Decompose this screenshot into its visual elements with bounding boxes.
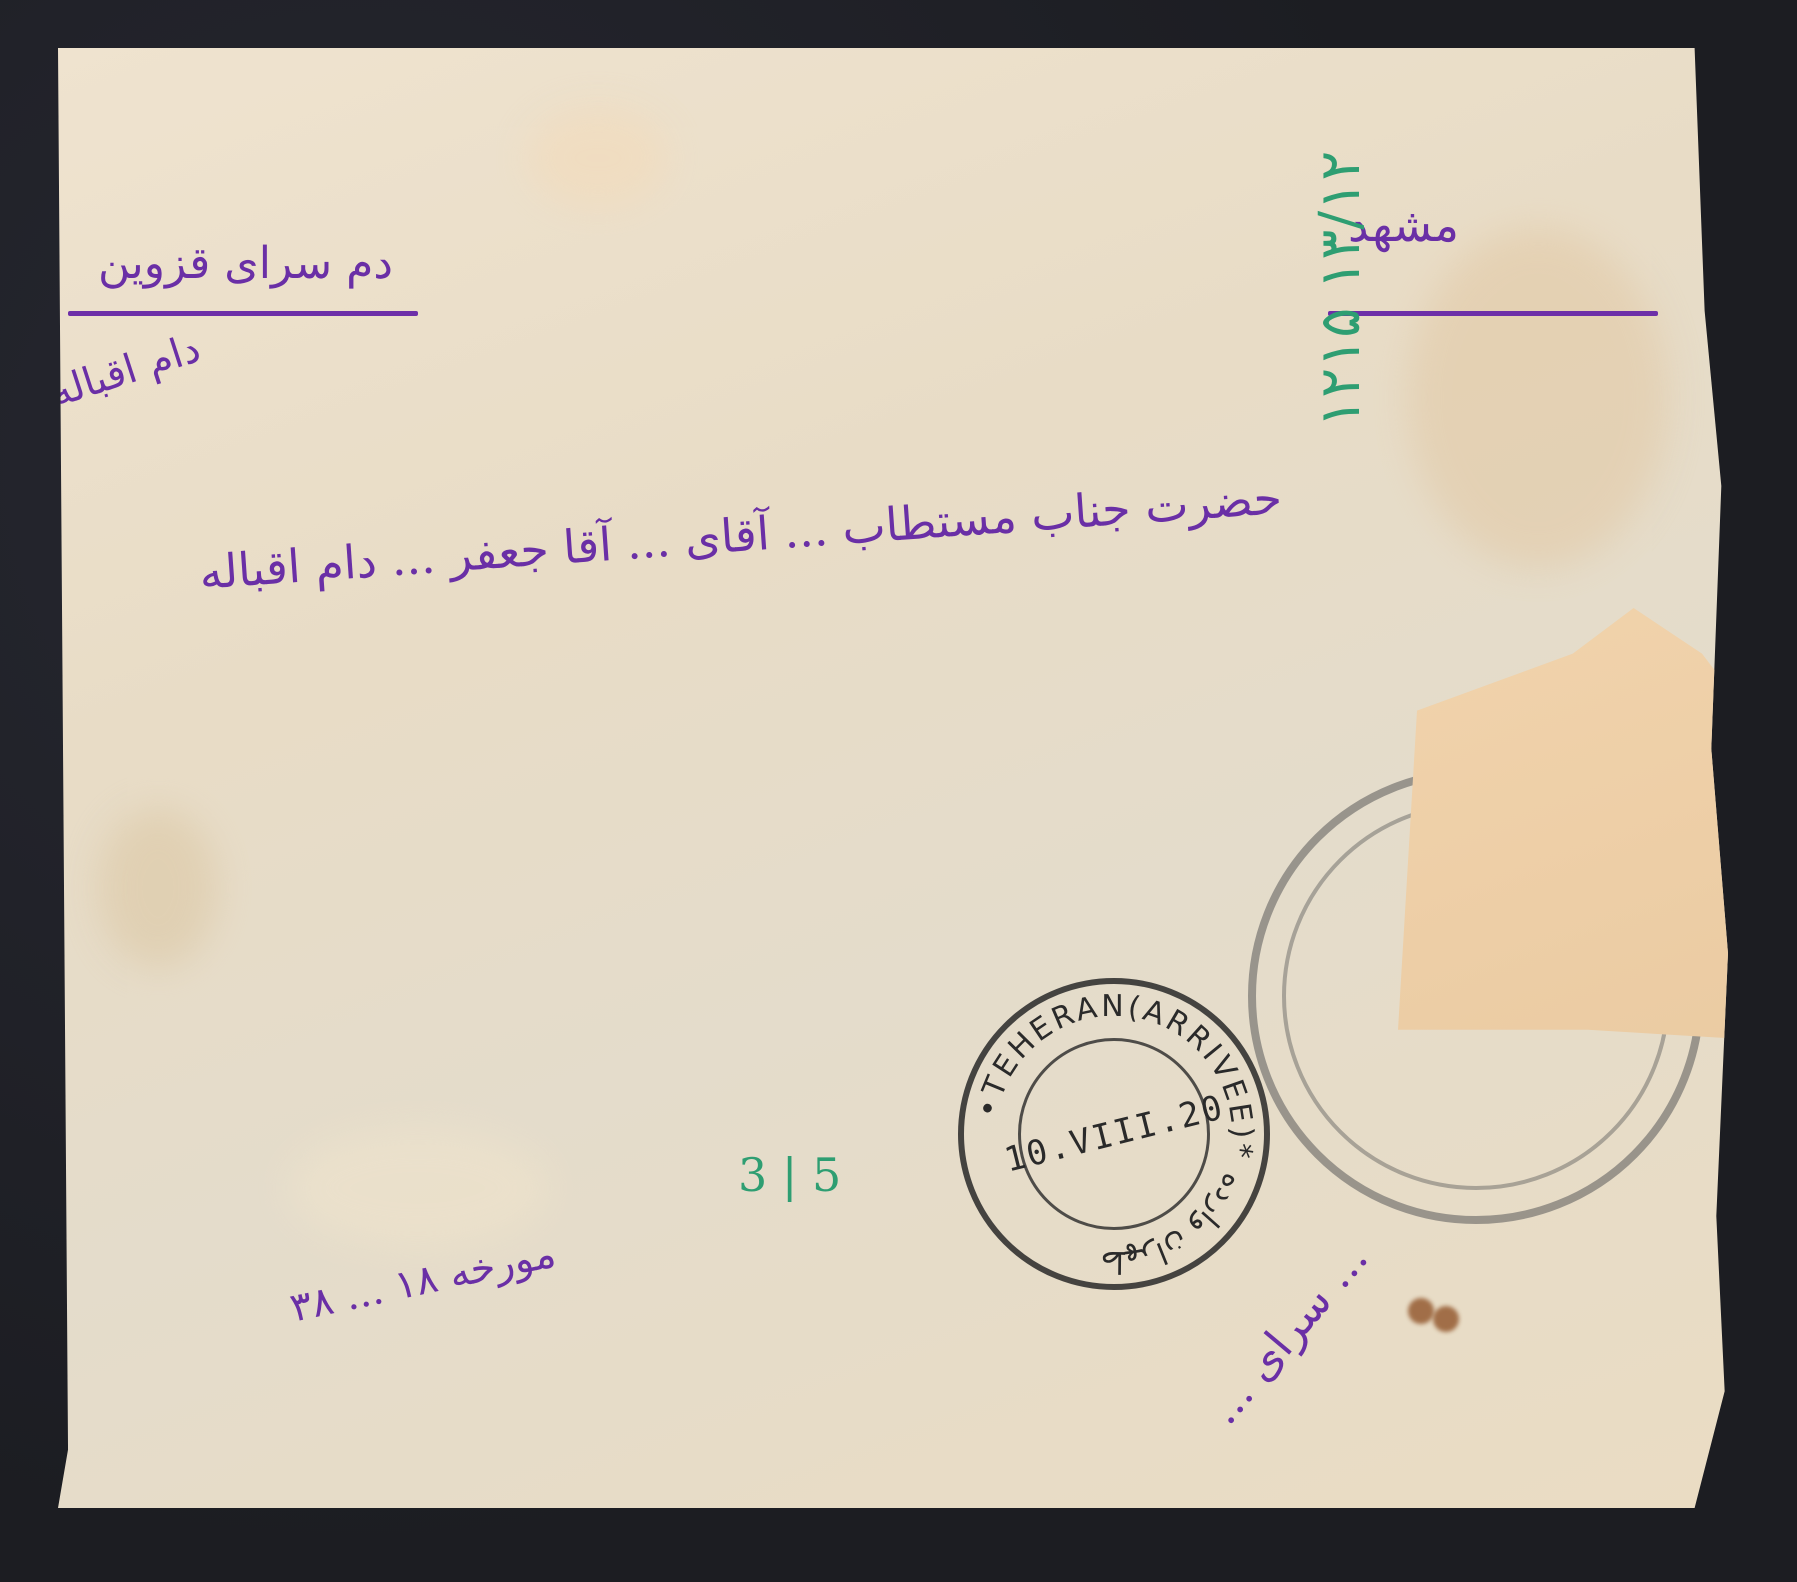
margin-handwriting: دام اقباله	[45, 325, 206, 417]
address-handwriting: حضرت جناب مستطاب ... آقای ... آقا جعفر .…	[197, 470, 1283, 600]
teheran-postmark: •TEHERAN(ARRIVEE)* طهران وارده 10.VIII.2…	[958, 978, 1270, 1290]
green-registry-mark: 3 | 5	[738, 1148, 841, 1202]
paper-stain	[288, 1128, 548, 1248]
ink-blot	[1408, 1298, 1434, 1324]
envelope: دم سرای قزوین مشهد ۱۳/۱۲ ۱۲۱۵ حضرت جناب …	[58, 48, 1728, 1508]
paper-stain	[528, 108, 668, 208]
underline-rule-right	[1328, 311, 1658, 316]
green-vertical-note: ۱۳/۱۲ ۱۲۱۵	[1308, 151, 1373, 428]
paper-stain	[98, 808, 218, 968]
sender-handwriting: دم سرای قزوین	[98, 238, 393, 289]
underline-rule-left	[68, 311, 418, 316]
ink-blot	[1433, 1306, 1459, 1332]
paper-stain	[1408, 228, 1668, 568]
